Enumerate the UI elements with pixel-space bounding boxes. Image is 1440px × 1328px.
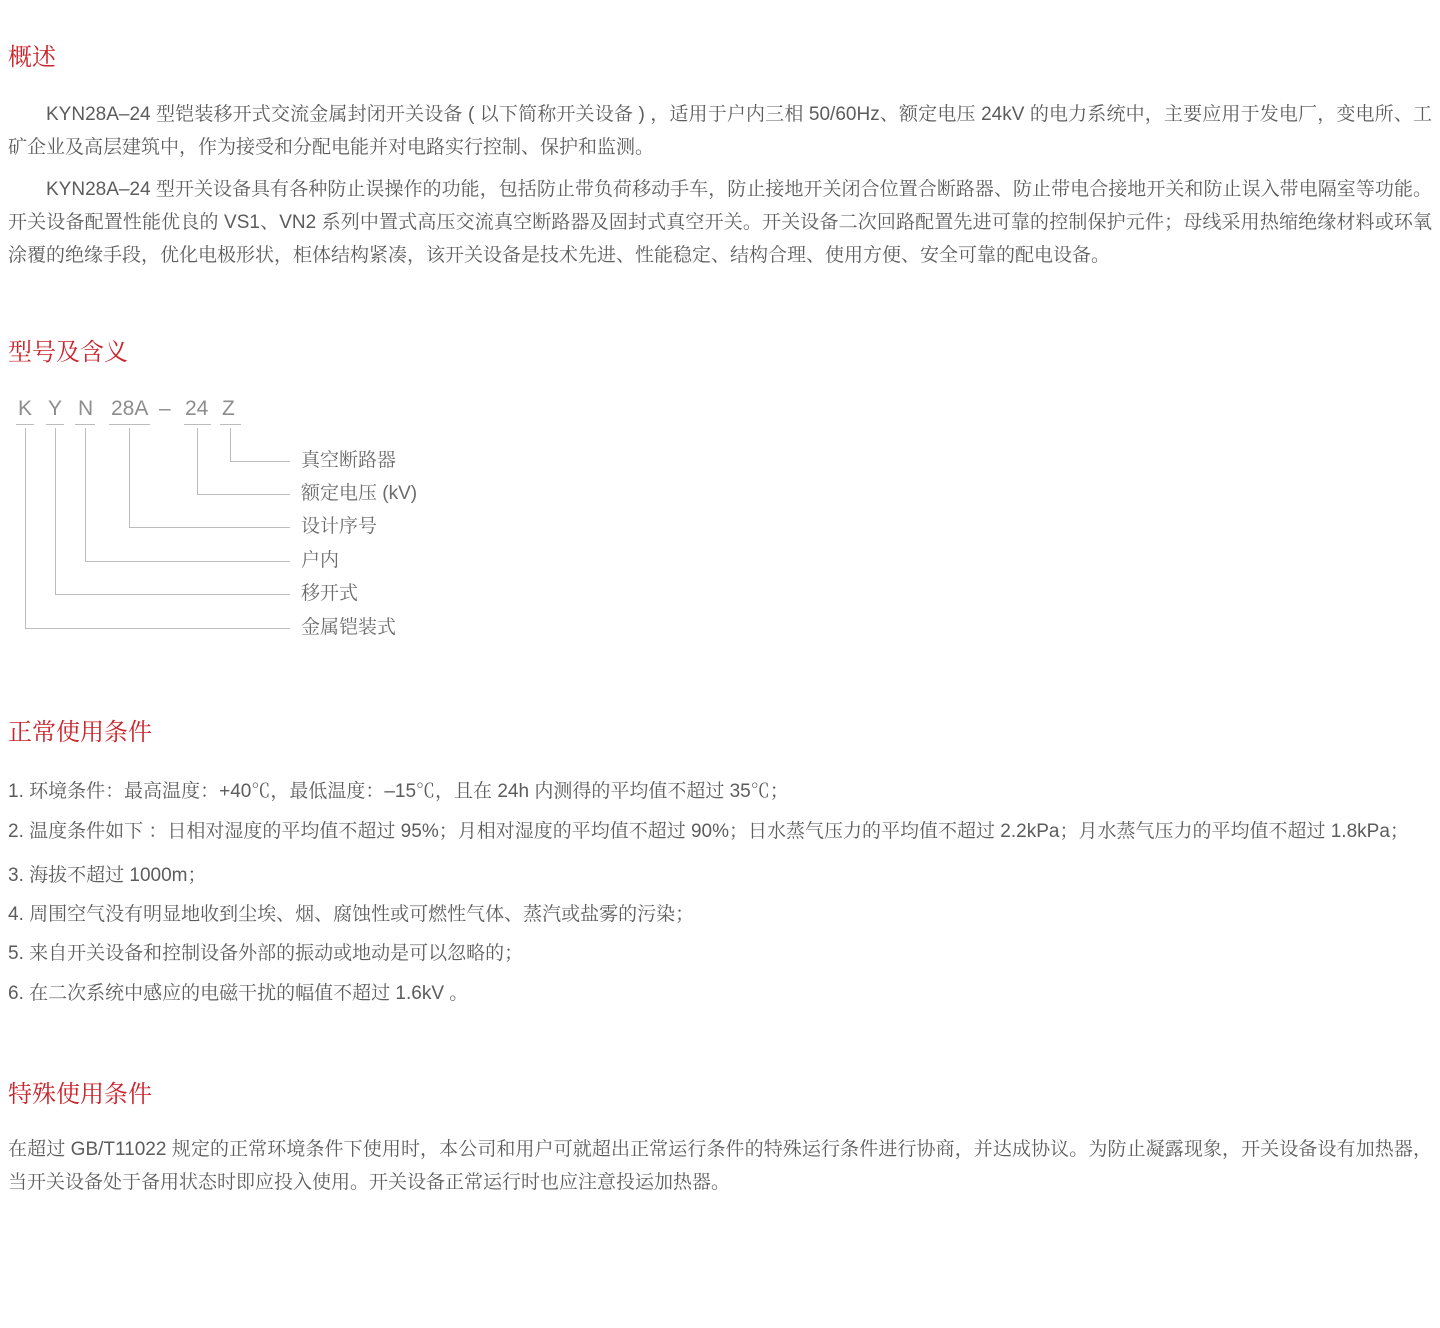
model-code-z: Z	[222, 397, 235, 421]
condition-item-6: 6. 在二次系统中感应的电磁干扰的幅值不超过 1.6kV 。	[8, 977, 1432, 1010]
connector-line-horizontal	[85, 561, 290, 562]
code-underline	[46, 424, 64, 425]
connector-line-vertical	[197, 428, 198, 494]
connector-line-vertical	[55, 428, 56, 594]
connector-line-horizontal	[197, 494, 290, 495]
code-underline	[16, 424, 34, 425]
condition-item-4: 4. 周围空气没有明显地收到尘埃、烟、腐蚀性或可燃性气体、蒸汽或盐雾的污染；	[8, 898, 1432, 931]
model-code-24: 24	[185, 397, 208, 421]
model-label-metal-clad: 金属铠装式	[301, 617, 396, 639]
condition-item-2: 2. 温度条件如下 ：日相对湿度的平均值不超过 95%；月相对湿度的平均值不超过…	[8, 815, 1432, 848]
connector-line-vertical	[230, 428, 231, 461]
code-underline	[184, 424, 211, 425]
model-label-vacuum-breaker: 真空断路器	[301, 450, 396, 472]
model-label-indoor: 户内	[301, 550, 339, 572]
document-page: 概述 KYN28A–24 型铠装移开式交流金属封闭开关设备 ( 以下简称开关设备…	[0, 0, 1440, 1199]
connector-line-horizontal	[55, 594, 290, 595]
model-code-n: N	[78, 397, 93, 421]
condition-item-3: 3. 海拔不超过 1000m；	[8, 859, 1432, 892]
normal-conditions-heading: 正常使用条件	[8, 718, 1432, 748]
connector-line-horizontal	[25, 628, 290, 629]
overview-heading: 概述	[8, 0, 1432, 73]
condition-item-5: 5. 来自开关设备和控制设备外部的振动或地动是可以忽略的；	[8, 937, 1432, 970]
overview-paragraph-2: KYN28A–24 型开关设备具有各种防止误操作的功能，包括防止带负荷移动手车，…	[8, 173, 1432, 272]
model-designation-diagram: K Y N 28A – 24 Z 真空断路器 额定电压 (kV) 设计序号 户内…	[8, 397, 1432, 647]
condition-item-1: 1. 环境条件：最高温度：+40℃，最低温度：–15℃，且在 24h 内测得的平…	[8, 775, 1432, 808]
connector-line-vertical	[25, 428, 26, 628]
connector-line-horizontal	[230, 461, 290, 462]
model-label-rated-voltage: 额定电压 (kV)	[301, 483, 417, 505]
connector-line-vertical	[129, 428, 130, 527]
model-code-dash: –	[159, 397, 171, 421]
code-underline	[220, 424, 241, 425]
overview-paragraph-1: KYN28A–24 型铠装移开式交流金属封闭开关设备 ( 以下简称开关设备 ) …	[8, 98, 1432, 164]
model-heading: 型号及含义	[8, 338, 1432, 368]
code-underline	[75, 424, 95, 425]
model-code-y: Y	[48, 397, 62, 421]
model-code-28a: 28A	[111, 397, 148, 421]
connector-line-vertical	[85, 428, 86, 561]
model-label-withdrawable: 移开式	[301, 583, 358, 605]
special-conditions-heading: 特殊使用条件	[8, 1080, 1432, 1110]
code-underline	[109, 424, 150, 425]
normal-conditions-list: 1. 环境条件：最高温度：+40℃，最低温度：–15℃，且在 24h 内测得的平…	[8, 775, 1432, 1010]
model-code-k: K	[18, 397, 32, 421]
special-conditions-paragraph: 在超过 GB/T11022 规定的正常环境条件下使用时，本公司和用户可就超出正常…	[8, 1133, 1432, 1199]
connector-line-horizontal	[129, 527, 290, 528]
model-label-design-serial: 设计序号	[301, 516, 377, 538]
